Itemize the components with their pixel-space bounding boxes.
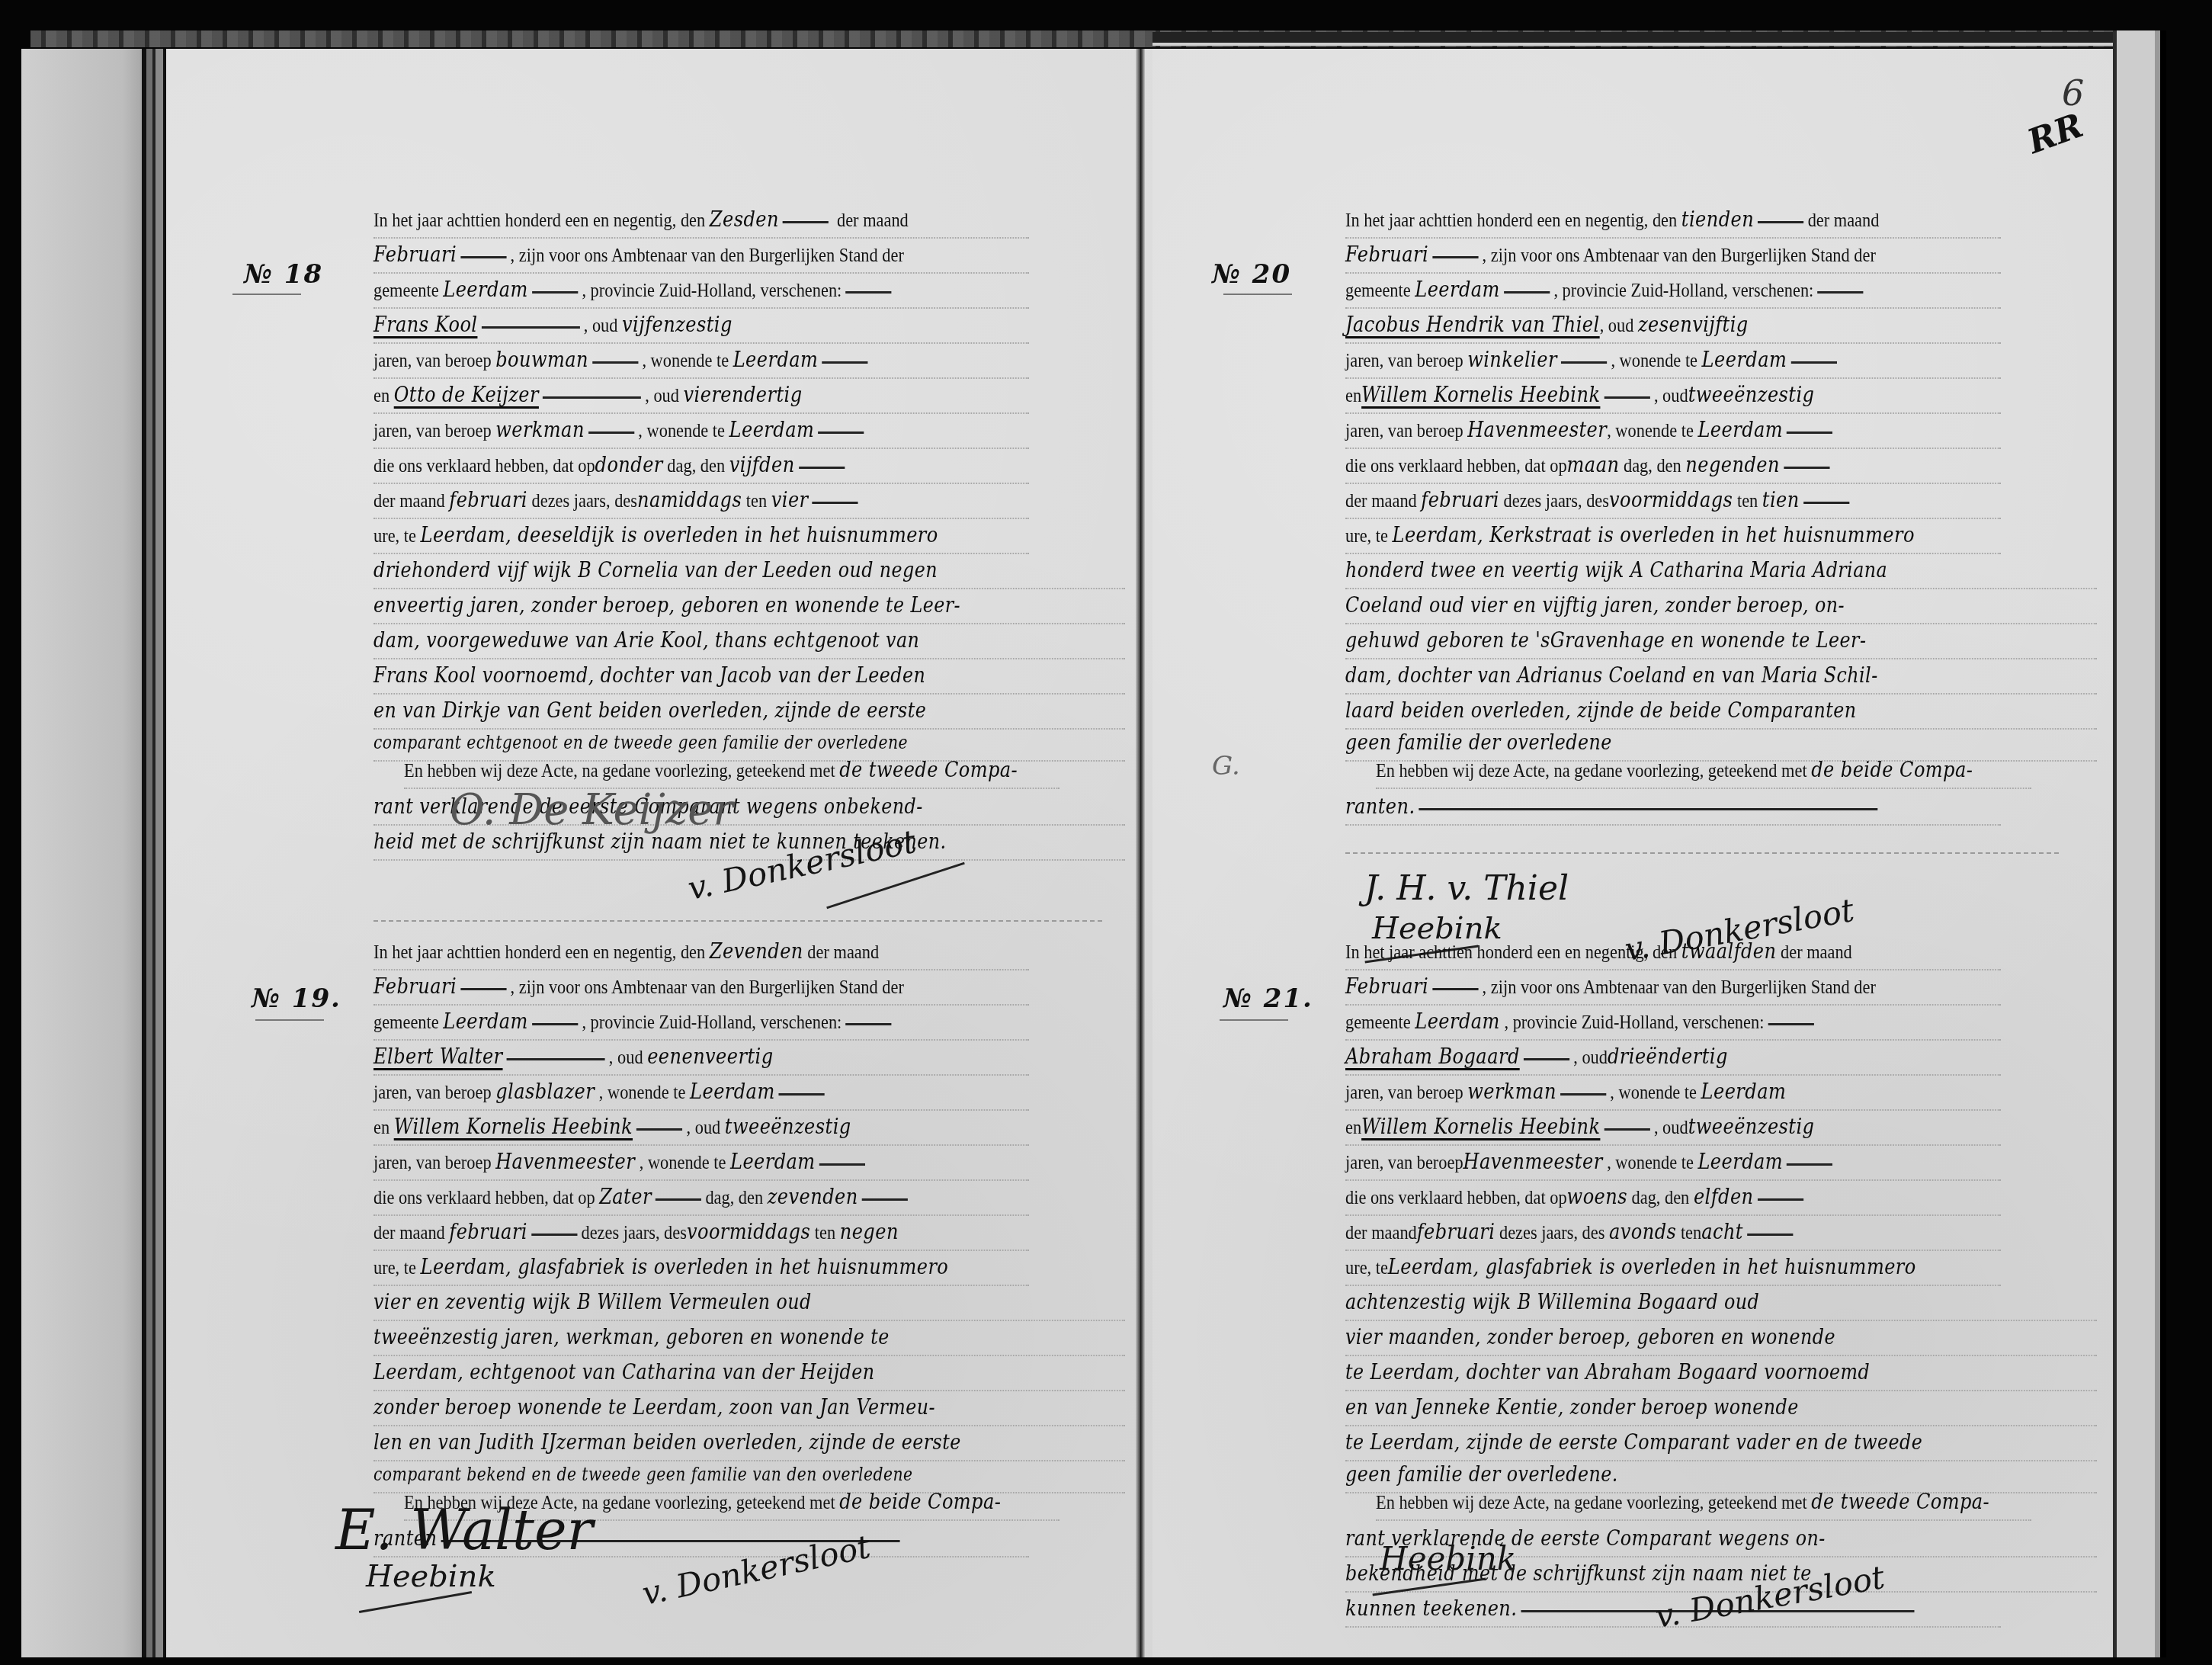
signature: E. Walter <box>335 1498 593 1562</box>
entry-line: ure, te Leerdam, Kerkstraat is overleden… <box>1345 518 2001 554</box>
body-line: tweeënzestig jaren, werkman, geboren en … <box>373 1320 1125 1356</box>
death-month: februari <box>449 487 527 512</box>
entry-line: Abraham Bogaard, ouddrieëndertig <box>1345 1039 2001 1076</box>
entry-number: № 21. <box>1223 983 1313 1014</box>
entry-line: In het jaar achttien honderd een en nege… <box>1345 934 2001 970</box>
comparant2-occupation: Havenmeester <box>1467 417 1607 442</box>
comparant1-name: Abraham Bogaard <box>1345 1044 1520 1069</box>
closing-line: ranten. <box>1345 789 2001 826</box>
comparant1-age: vijfenzestig <box>622 312 733 337</box>
entry-month: Februari <box>1345 242 1428 267</box>
entry-line: gemeente Leerdam, provincie Zuid-Holland… <box>373 1004 1029 1041</box>
signature: Heebink <box>1380 1540 1516 1577</box>
body-line: zonder beroep wonende te Leerdam, zoon v… <box>373 1390 1125 1426</box>
entry-month: Februari <box>373 242 457 267</box>
body-line: gehuwd geboren te 'sGravenhage en wonend… <box>1345 623 2097 659</box>
entry-line: In het jaar achttien honderd een en nege… <box>373 202 1029 239</box>
entry-line: en Willem Kornelis Heebink, oud tweeënze… <box>373 1109 1029 1146</box>
entry-number-rule <box>255 1019 324 1021</box>
entry-line: Elbert Walter, oud eenenveertig <box>373 1039 1029 1076</box>
death-month: februari <box>1421 487 1499 512</box>
entry-line: Jacobus Hendrik van Thiel, oud zesenvijf… <box>1345 307 2001 344</box>
comparant2-name: Willem Kornelis Heebink <box>1361 382 1600 407</box>
entry-line: die ons verklaard hebben, dat opwoens da… <box>1345 1179 2001 1216</box>
entry-gemeente: Leerdam <box>443 277 528 302</box>
death-weekday: maan <box>1567 452 1620 477</box>
entry-line: der maand februaridezes jaars, desvoormi… <box>373 1214 1029 1251</box>
entry-line: jaren, van beroep werkman, wonende te Le… <box>1345 1074 2001 1111</box>
comparant1-occupation: bouwman <box>495 347 588 372</box>
comparant2-occupation: Havenmeester <box>495 1149 635 1174</box>
entry-line: jaren, van beroep werkman, wonende te Le… <box>373 412 1029 449</box>
body-line: achtenzestig wijk B Willemina Bogaard ou… <box>1345 1285 2097 1321</box>
right-page-edge <box>2113 30 2166 1657</box>
entry-line: gemeente Leerdam , provincie Zuid-Hollan… <box>1345 1004 2001 1041</box>
death-weekday: Zater <box>599 1184 652 1209</box>
entry-line: Februari, zijn voor ons Ambtenaar van de… <box>373 969 1029 1006</box>
right-margin-mark: G. <box>1212 751 1240 781</box>
comparant1-age: drieëndertig <box>1608 1044 1728 1069</box>
entry-line: der maand februari dezes jaars, desvoorm… <box>1345 483 2001 519</box>
comparant2-name: Otto de Keijzer <box>394 382 539 407</box>
closing-line: En hebben wij deze Acte, na gedane voorl… <box>404 752 1060 789</box>
time-of-day: voormiddags <box>687 1219 810 1244</box>
entry-line: gemeente Leerdam, provincie Zuid-Holland… <box>373 272 1029 309</box>
comparant2-age: tweeënzestig <box>725 1114 851 1139</box>
entry-line: ure, teLeerdam, glasfabriek is overleden… <box>1345 1250 2001 1286</box>
body-line: laard beiden overleden, zijnde de beide … <box>1345 693 2097 730</box>
death-month: februari <box>1417 1219 1496 1244</box>
entry-line: Februari, zijn voor ons Ambtenaar van de… <box>1345 237 2001 274</box>
entry-day: twaalfden <box>1681 938 1777 964</box>
entry-number: № 19. <box>252 983 341 1014</box>
body-line: driehonderd vijf wijk B Cornelia van der… <box>373 553 1125 589</box>
body-line: len en van Judith IJzerman beiden overle… <box>373 1425 1125 1461</box>
death-place: Leerdam, glasfabriek is overleden in het… <box>420 1254 948 1279</box>
comparant1-name: Elbert Walter <box>373 1044 503 1069</box>
entry-line: Februari, zijn voor ons Ambtenaar van de… <box>373 237 1029 274</box>
entry-line: jaren, van beroep bouwman, wonende te Le… <box>373 342 1029 379</box>
closing-line: En hebben wij deze Acte, na gedane voorl… <box>1376 1484 2031 1521</box>
entry-line: jaren, van beroep winkelier, wonende te … <box>1345 342 2001 379</box>
body-line: te Leerdam, zijnde de eerste Comparant v… <box>1345 1425 2097 1461</box>
body-line: Leerdam, echtgenoot van Catharina van de… <box>373 1355 1125 1391</box>
comparant2-name: Willem Kornelis Heebink <box>1361 1114 1600 1139</box>
comparant1-occupation: werkman <box>1467 1079 1556 1104</box>
entry-day: tienden <box>1681 207 1754 232</box>
body-line: enveertig jaren, zonder beroep, geboren … <box>373 588 1125 624</box>
comparant2-residence: Leerdam <box>729 417 815 442</box>
comparant1-residence: Leerdam <box>690 1079 775 1104</box>
entry-number: № 18 <box>244 259 323 290</box>
death-month: februari <box>449 1219 527 1244</box>
entry-line: enWillem Kornelis Heebink, oudtweeënzest… <box>1345 377 2001 414</box>
closing-line: En hebben wij deze Acte, na gedane voorl… <box>1376 752 2031 789</box>
entry-gemeente: Leerdam <box>1415 277 1500 302</box>
right-page-top-rule <box>1152 32 2128 46</box>
entry-separator <box>373 920 1105 922</box>
entry-line: die ons verklaard hebben, dat op Zaterda… <box>373 1179 1029 1216</box>
entry-line: die ons verklaard hebben, dat opdonder d… <box>373 448 1029 484</box>
comparant1-age: eenenveertig <box>647 1044 773 1069</box>
body-line: en van Dirkje van Gent beiden overleden,… <box>373 693 1125 730</box>
entry-number: № 20 <box>1212 259 1291 290</box>
entry-line: der maandfebruari dezes jaars, des avond… <box>1345 1214 2001 1251</box>
comparant2-age: vierendertig <box>684 382 803 407</box>
entry-line: enWillem Kornelis Heebink, oudtweeënzest… <box>1345 1109 2001 1146</box>
comparant2-residence: Leerdam <box>1697 1149 1783 1174</box>
death-day: elfden <box>1694 1184 1754 1209</box>
signature-rule <box>1345 852 2062 854</box>
comparant2-name: Willem Kornelis Heebink <box>394 1114 633 1139</box>
signature: O. De Keijzer <box>450 785 733 835</box>
body-line: te Leerdam, dochter van Abraham Bogaard … <box>1345 1355 2097 1391</box>
entry-line: In het jaar achttien honderd een en nege… <box>373 934 1029 970</box>
body-line: vier en zeventig wijk B Willem Vermeulen… <box>373 1285 1125 1321</box>
body-line: dam, voorgeweduwe van Arie Kool, thans e… <box>373 623 1125 659</box>
body-line: dam, dochter van Adrianus Coeland en van… <box>1345 658 2097 695</box>
death-day: zevenden <box>768 1184 858 1209</box>
death-place: Leerdam, deeseldijk is overleden in het … <box>420 522 938 547</box>
comparant2-residence: Leerdam <box>730 1149 816 1174</box>
time-of-day: namiddags <box>637 487 742 512</box>
comparant1-residence: Leerdam <box>1701 1079 1787 1104</box>
comparant1-age: zesenvijftig <box>1638 312 1749 337</box>
death-hour: vier <box>771 487 809 512</box>
comparant1-residence: Leerdam <box>733 347 819 372</box>
entry-line: Frans Kool, oud vijfenzestig <box>373 307 1029 344</box>
comparant1-name: Jacobus Hendrik van Thiel <box>1345 312 1600 337</box>
death-hour: tien <box>1762 487 1800 512</box>
comparant2-age: tweeënzestig <box>1688 382 1815 407</box>
entry-number-rule <box>1220 1019 1288 1021</box>
comparant1-occupation: glasblazer <box>495 1079 595 1104</box>
comparant1-residence: Leerdam <box>1702 347 1787 372</box>
entry-line: en Otto de Keijzer, oud vierendertig <box>373 377 1029 414</box>
comparant1-occupation: winkelier <box>1467 347 1557 372</box>
body-line: Frans Kool voornoemd, dochter van Jacob … <box>373 658 1125 695</box>
death-day: negenden <box>1685 452 1780 477</box>
center-gutter <box>1136 49 1145 1657</box>
comparant2-residence: Leerdam <box>1697 417 1783 442</box>
time-of-day: avonds <box>1609 1219 1676 1244</box>
entry-line: jaren, van beroep Havenmeester , wonende… <box>373 1144 1029 1181</box>
entry-line: ure, te Leerdam, glasfabriek is overlede… <box>373 1250 1029 1286</box>
death-place: Leerdam, glasfabriek is overleden in het… <box>1388 1254 1916 1279</box>
entry-day: Zevenden <box>710 938 803 964</box>
entry-gemeente: Leerdam <box>443 1009 528 1034</box>
entry-day: Zesden <box>710 207 779 232</box>
comparant1-name: Frans Kool <box>373 312 477 337</box>
time-of-day: voormiddags <box>1609 487 1733 512</box>
entry-line: Februari, zijn voor ons Ambtenaar van de… <box>1345 969 2001 1006</box>
entry-line: In het jaar achttien honderd een en nege… <box>1345 202 2001 239</box>
death-hour: negen <box>840 1219 899 1244</box>
entry-number-rule <box>232 294 301 295</box>
comparant2-age: tweeënzestig <box>1688 1114 1815 1139</box>
entry-line: jaren, van beroepHavenmeester , wonende … <box>1345 1144 2001 1181</box>
body-line: vier maanden, zonder beroep, geboren en … <box>1345 1320 2097 1356</box>
comparant2-occupation: werkman <box>495 417 585 442</box>
death-hour: acht <box>1701 1219 1743 1244</box>
signature: Heebink <box>366 1559 496 1594</box>
entry-line: gemeente Leerdam, provincie Zuid-Holland… <box>1345 272 2001 309</box>
death-place: Leerdam, Kerkstraat is overleden in het … <box>1392 522 1914 547</box>
comparant2-occupation: Havenmeester <box>1463 1149 1603 1174</box>
entry-line: ure, te Leerdam, deeseldijk is overleden… <box>373 518 1029 554</box>
entry-number-rule <box>1223 294 1292 295</box>
body-line: honderd twee en veertig wijk A Catharina… <box>1345 553 2097 589</box>
entry-line: jaren, van beroep Havenmeester, wonende … <box>1345 412 2001 449</box>
entry-gemeente: Leerdam <box>1415 1009 1500 1034</box>
entry-line: der maand februari dezes jaars, desnamid… <box>373 483 1029 519</box>
body-line: en van Jenneke Kentie, zonder beroep won… <box>1345 1390 2097 1426</box>
binding-margin-lines <box>142 49 168 1657</box>
death-weekday: donder <box>595 452 663 477</box>
entry-month: Februari <box>373 974 457 999</box>
entry-month: Februari <box>1345 974 1428 999</box>
body-line: Coeland oud vier en vijftig jaren, zonde… <box>1345 588 2097 624</box>
death-day: vijfden <box>729 452 795 477</box>
entry-line: die ons verklaard hebben, dat opmaan dag… <box>1345 448 2001 484</box>
entry-line: jaren, van beroep glasblazer , wonende t… <box>373 1074 1029 1111</box>
signature: J. H. v. Thiel <box>1364 869 1569 908</box>
death-weekday: woens <box>1567 1184 1627 1209</box>
